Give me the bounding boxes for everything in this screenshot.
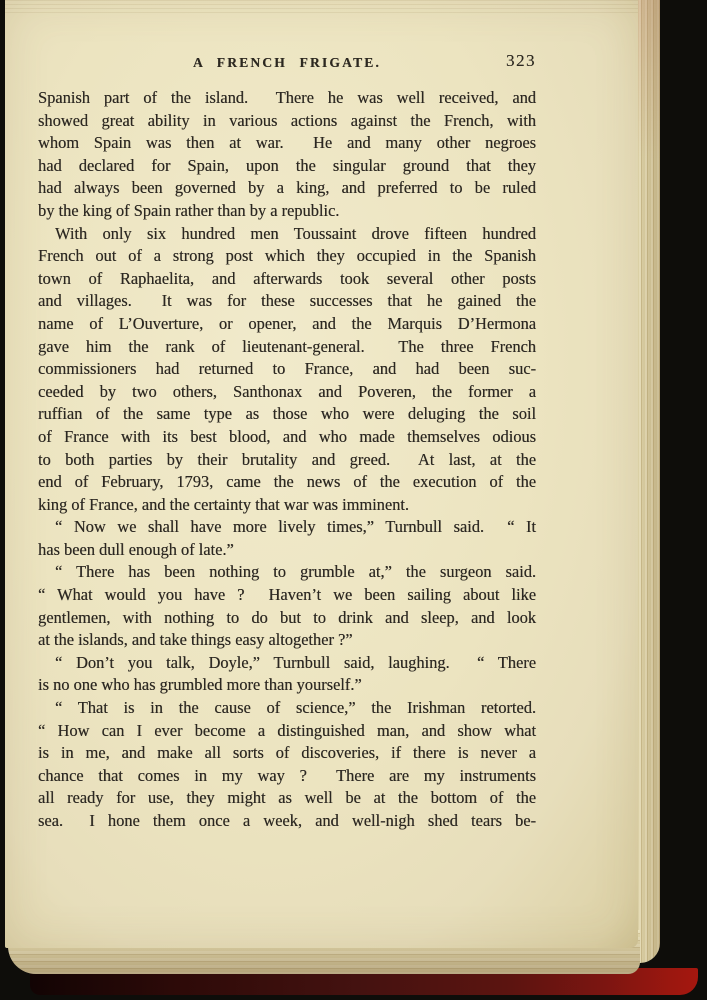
text-line: of France with its best blood, and who m… — [38, 426, 536, 449]
text-line: had declared for Spain, upon the singula… — [38, 155, 536, 178]
text-line: all ready for use, they might as well be… — [38, 787, 536, 810]
text-line: to both parties by their brutality and g… — [38, 449, 536, 472]
text-line: ceeded by two others, Santhonax and Pove… — [38, 381, 536, 404]
text-line: Spanish part of the island. There he was… — [38, 87, 536, 110]
text-line: “ There has been nothing to grumble at,”… — [38, 561, 536, 584]
text-line: chance that comes in my way ? There are … — [38, 765, 536, 788]
text-line: gave him the rank of lieutenant-general.… — [38, 336, 536, 359]
text-line: and villages. It was for these successes… — [38, 290, 536, 313]
book-scan-photo: A FRENCH FRIGATE. 323 Spanish part of th… — [0, 0, 707, 1000]
page-number: 323 — [506, 51, 536, 71]
text-line: is no one who has grumbled more than you… — [38, 674, 536, 697]
text-line: gentlemen, with nothing to do but to dri… — [38, 607, 536, 630]
text-line: has been dull enough of late.” — [38, 539, 536, 562]
text-line: king of France, and the certainty that w… — [38, 494, 536, 517]
text-line: by the king of Spain rather than by a re… — [38, 200, 536, 223]
page-text: Spanish part of the island. There he was… — [38, 87, 536, 833]
text-line: sea. I hone them once a week, and well-n… — [38, 810, 536, 833]
text-line: With only six hundred men Toussaint drov… — [38, 223, 536, 246]
text-line: ruffian of the same type as those who we… — [38, 403, 536, 426]
text-line: “ That is in the cause of science,” the … — [38, 697, 536, 720]
text-line: town of Raphaelita, and afterwards took … — [38, 268, 536, 291]
running-head: A FRENCH FRIGATE. 323 — [38, 55, 536, 73]
book-page: A FRENCH FRIGATE. 323 Spanish part of th… — [5, 0, 638, 948]
text-line: name of L’Ouverture, or opener, and the … — [38, 313, 536, 336]
text-line: “ What would you have ? Haven’t we been … — [38, 584, 536, 607]
text-line: at the islands, and take things easy alt… — [38, 629, 536, 652]
text-line: French out of a strong post which they o… — [38, 245, 536, 268]
text-line: showed great ability in various actions … — [38, 110, 536, 133]
text-line: “ Don’t you talk, Doyle,” Turnbull said,… — [38, 652, 536, 675]
running-title: A FRENCH FRIGATE. — [38, 55, 536, 71]
text-line: had always been governed by a king, and … — [38, 177, 536, 200]
text-line: commissioners had returned to France, an… — [38, 358, 536, 381]
text-line: whom Spain was then at war. He and many … — [38, 132, 536, 155]
book-cover-right-edge — [656, 0, 688, 993]
text-line: is in me, and make all sorts of discover… — [38, 742, 536, 765]
text-line: “ How can I ever become a distinguished … — [38, 720, 536, 743]
text-line: end of February, 1793, came the news of … — [38, 471, 536, 494]
text-line: “ Now we shall have more lively times,” … — [38, 516, 536, 539]
